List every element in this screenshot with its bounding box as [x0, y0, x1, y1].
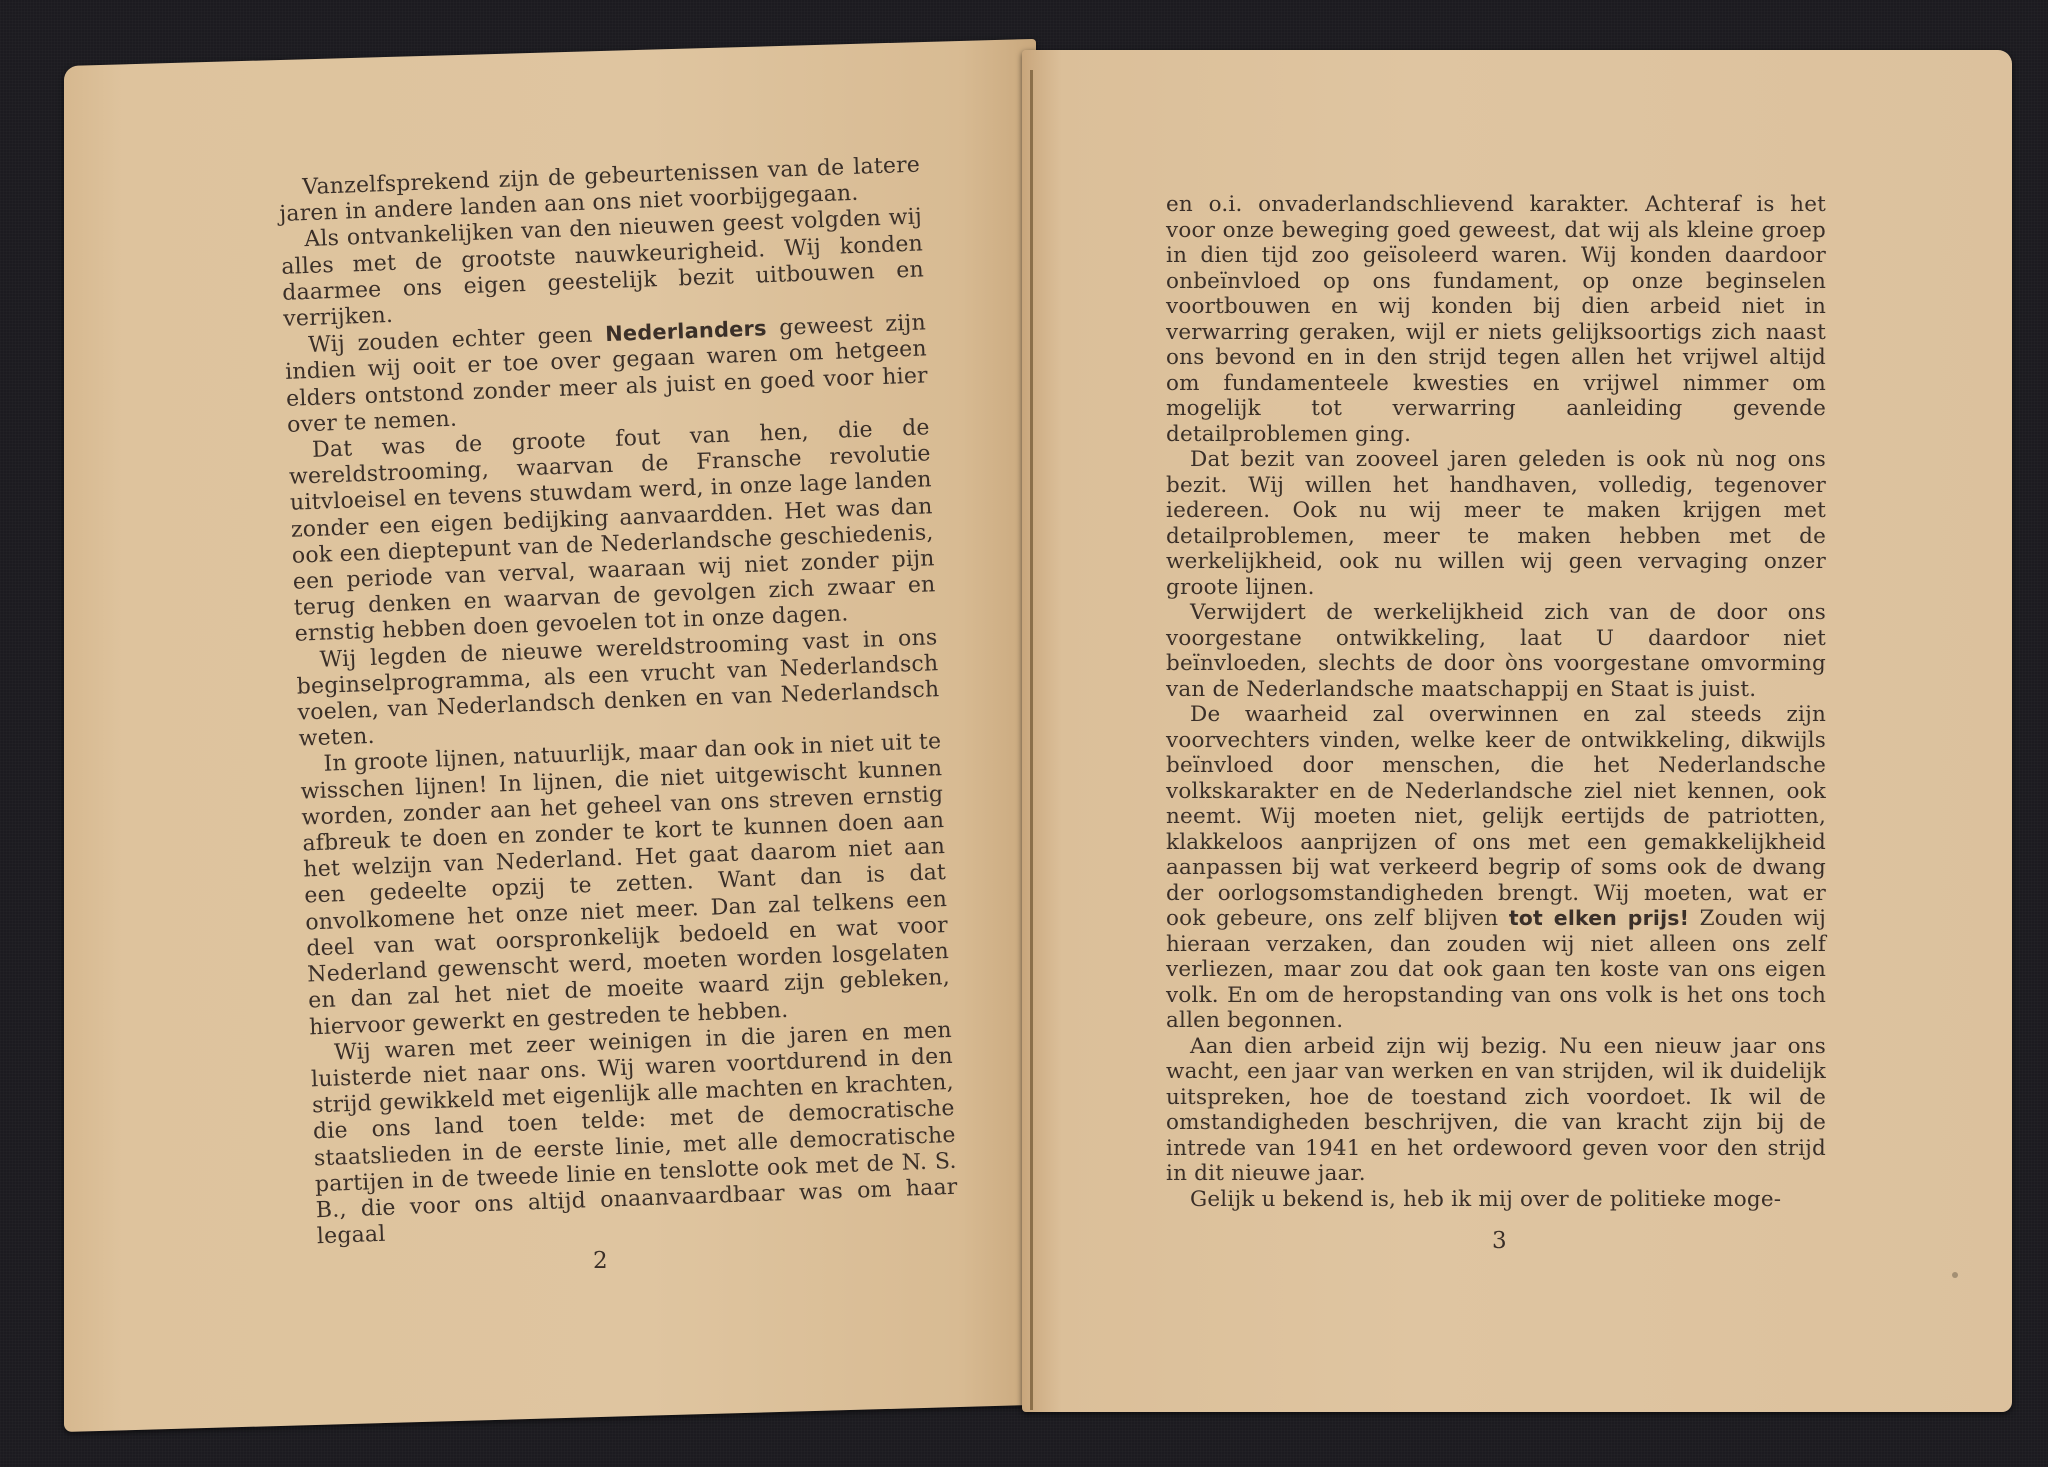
book-spine: [1030, 70, 1033, 1410]
paragraph: Aan dien arbeid zijn wij bezig. Nu een n…: [1166, 1034, 1826, 1187]
right-page-text: en o.i. onvaderlandschlievend karakter. …: [1166, 192, 1826, 1212]
paragraph: De waarheid zal overwinnen en zal steeds…: [1166, 702, 1826, 1034]
paragraph: Dat bezit van zooveel jaren geleden is o…: [1166, 447, 1826, 600]
paragraph: In groote lijnen, natuurlijk, maar dan o…: [299, 730, 951, 1042]
left-page-text: Vanzelfsprekend zijn de gebeurtenissen v…: [278, 152, 959, 1250]
paragraph: Verwijdert de werkelijkheid zich van de …: [1166, 600, 1826, 702]
paragraph: en o.i. onvaderlandschlievend karakter. …: [1166, 192, 1826, 447]
paragraph: Dat was de groote fout van hen, die de w…: [288, 415, 937, 648]
paragraph: Gelijk u bekend is, heb ik mij over de p…: [1166, 1187, 1826, 1213]
bold-phrase: tot elken prijs!: [1509, 906, 1689, 930]
paper-speck: [1952, 1272, 1958, 1278]
text-run: De waarheid zal overwinnen en zal steeds…: [1166, 702, 1826, 931]
bold-term: Nederlanders: [605, 316, 767, 346]
page-number-left: 2: [593, 1248, 608, 1274]
paragraph: Wij waren met zeer weinigen in die jaren…: [310, 1018, 959, 1251]
page-number-right: 3: [1492, 1228, 1507, 1254]
